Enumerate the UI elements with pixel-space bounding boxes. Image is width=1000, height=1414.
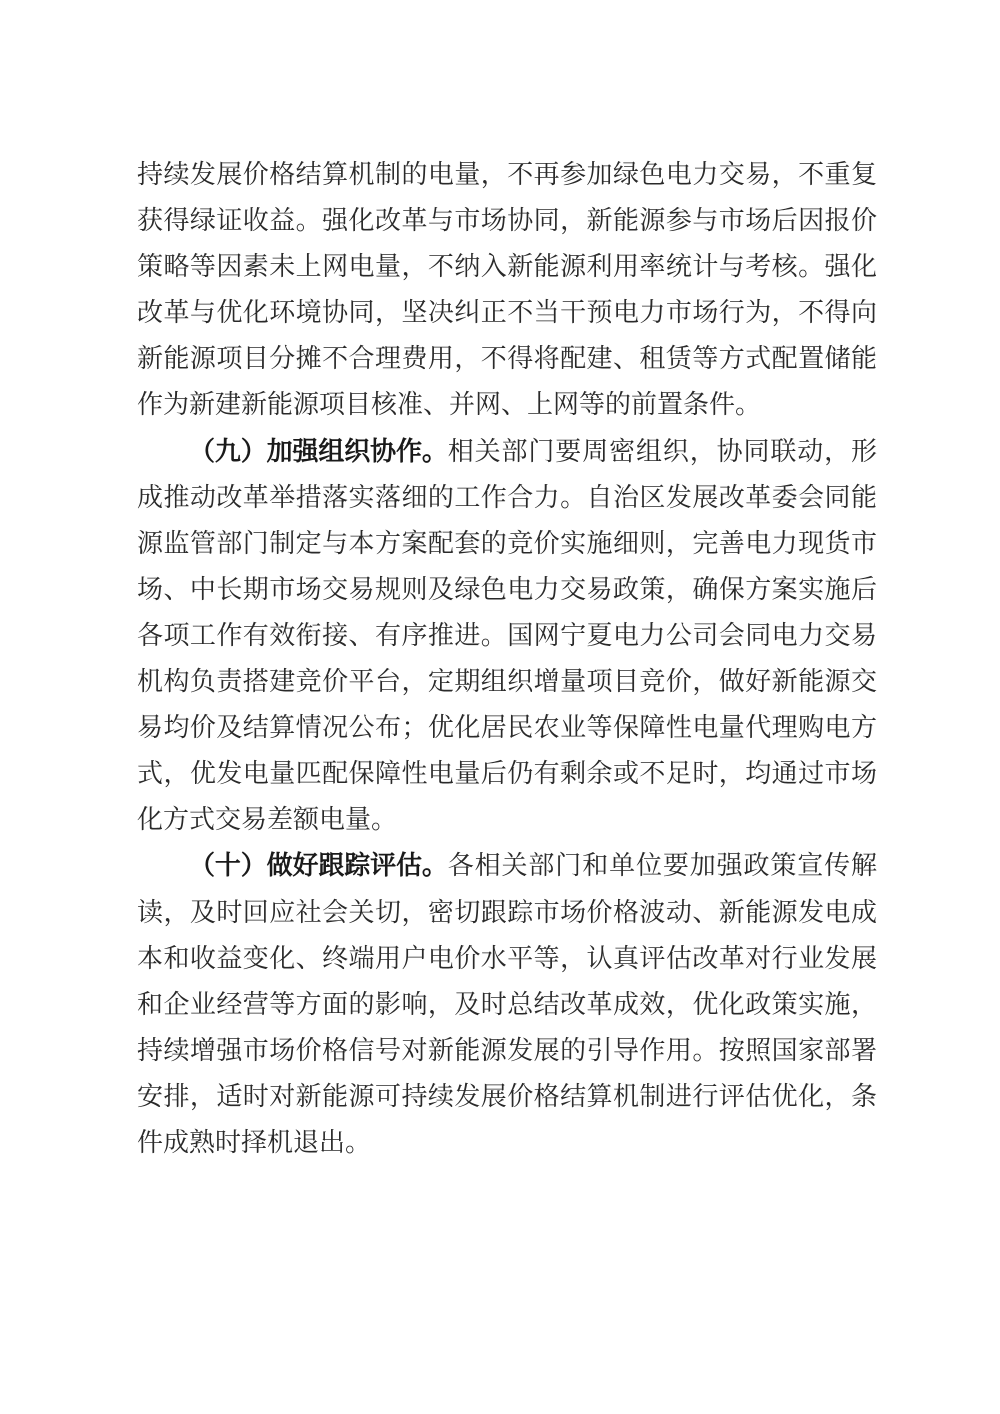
text-line: 持续发展价格结算机制的电量，不再参加绿色电力交易，不重复 — [137, 155, 877, 201]
text-line: 本和收益变化、终端用户电价水平等，认真评估改革对行业发展 — [137, 939, 877, 985]
paragraph-section-9: （九）加强组织协作。相关部门要周密组织，协同联动，形 成推动改革举措落实落细的工… — [137, 432, 877, 847]
text-line: 策略等因素未上网电量，不纳入新能源利用率统计与考核。强化 — [137, 247, 877, 293]
text-run: 相关部门要周密组织，协同联动，形 — [448, 437, 877, 467]
text-run: 各相关部门和单位要加强政策宣传解 — [448, 851, 877, 881]
document-body: 持续发展价格结算机制的电量，不再参加绿色电力交易，不重复 获得绿证收益。强化改革… — [137, 155, 877, 1169]
text-line: 成推动改革举措落实落细的工作合力。自治区发展改革委会同能 — [137, 478, 877, 524]
text-line: 化方式交易差额电量。 — [137, 800, 877, 846]
text-line: 改革与优化环境协同，坚决纠正不当干预电力市场行为，不得向 — [137, 293, 877, 339]
section-heading-line: （九）加强组织协作。相关部门要周密组织，协同联动，形 — [137, 432, 877, 478]
text-line: 读，及时回应社会关切，密切跟踪市场价格波动、新能源发电成 — [137, 893, 877, 939]
paragraph-section-10: （十）做好跟踪评估。各相关部门和单位要加强政策宣传解 读，及时回应社会关切，密切… — [137, 846, 877, 1169]
section-heading: （九）加强组织协作。 — [189, 437, 448, 467]
section-heading: （十）做好跟踪评估。 — [189, 851, 448, 881]
text-line: 新能源项目分摊不合理费用，不得将配建、租赁等方式配置储能 — [137, 339, 877, 385]
text-line: 安排，适时对新能源可持续发展价格结算机制进行评估优化，条 — [137, 1077, 877, 1123]
text-line: 机构负责搭建竞价平台，定期组织增量项目竞价，做好新能源交 — [137, 662, 877, 708]
text-line: 易均价及结算情况公布；优化居民农业等保障性电量代理购电方 — [137, 708, 877, 754]
text-line: 各项工作有效衔接、有序推进。国网宁夏电力公司会同电力交易 — [137, 616, 877, 662]
text-line: 和企业经营等方面的影响，及时总结改革成效，优化政策实施， — [137, 985, 877, 1031]
text-line: 获得绿证收益。强化改革与市场协同，新能源参与市场后因报价 — [137, 201, 877, 247]
paragraph-continuation: 持续发展价格结算机制的电量，不再参加绿色电力交易，不重复 获得绿证收益。强化改革… — [137, 155, 877, 432]
text-line: 场、中长期市场交易规则及绿色电力交易政策，确保方案实施后 — [137, 570, 877, 616]
text-line: 式，优发电量匹配保障性电量后仍有剩余或不足时，均通过市场 — [137, 754, 877, 800]
document-page: 持续发展价格结算机制的电量，不再参加绿色电力交易，不重复 获得绿证收益。强化改革… — [0, 0, 1000, 1414]
text-line: 持续增强市场价格信号对新能源发展的引导作用。按照国家部署 — [137, 1031, 877, 1077]
text-line: 件成熟时择机退出。 — [137, 1123, 877, 1169]
section-heading-line: （十）做好跟踪评估。各相关部门和单位要加强政策宣传解 — [137, 846, 877, 892]
text-line: 源监管部门制定与本方案配套的竞价实施细则，完善电力现货市 — [137, 524, 877, 570]
text-line: 作为新建新能源项目核准、并网、上网等的前置条件。 — [137, 385, 877, 431]
